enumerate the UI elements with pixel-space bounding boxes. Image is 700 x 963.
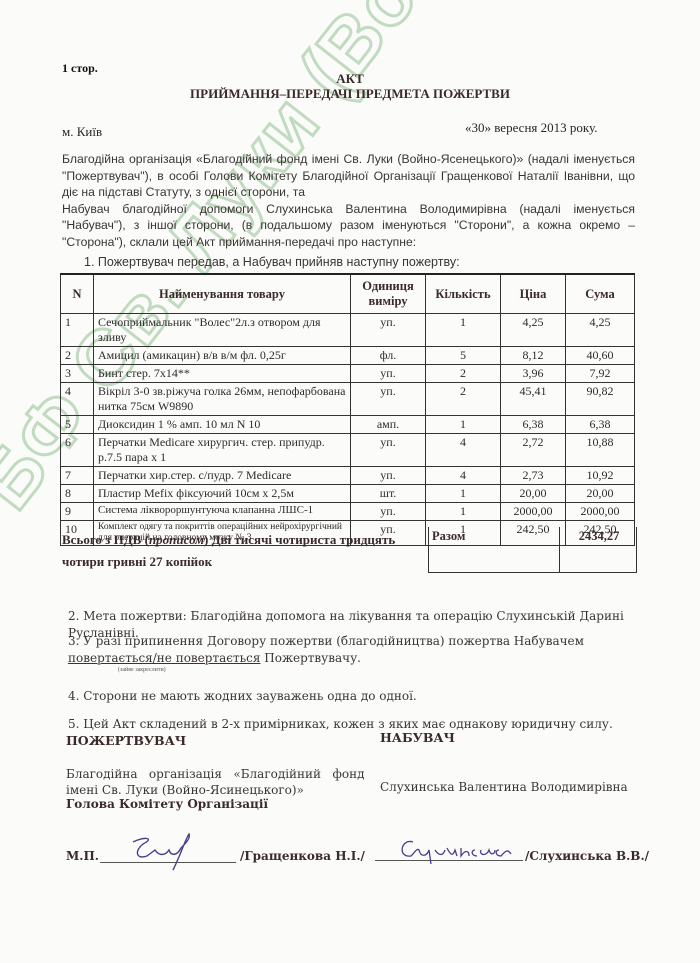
cell-price: 45,41	[501, 383, 566, 416]
total-label: Разом	[432, 529, 465, 544]
cell-n: 3	[61, 365, 94, 383]
cell-qty: 5	[426, 347, 501, 365]
goods-table: N Найменування товару Одиниця виміру Кіл…	[60, 273, 635, 546]
table-row: 5Диоксидин 1 % амп. 10 мл N 10амп.16,386…	[61, 416, 635, 434]
cell-sum: 90,82	[566, 383, 635, 416]
cell-name: Бинт стер. 7х14**	[94, 365, 351, 383]
cell-sum: 2000,00	[566, 503, 635, 521]
cell-n: 9	[61, 503, 94, 521]
document-date: «30» вересня 2013 року.	[465, 120, 597, 136]
cell-qty: 4	[426, 434, 501, 467]
cell-qty: 2	[426, 365, 501, 383]
table-row: 8Пластир Mefix фіксуючий 10см х 2,5мшт.1…	[61, 485, 635, 503]
cell-sum: 4,25	[566, 314, 635, 347]
cell-sum: 10,88	[566, 434, 635, 467]
cell-sum: 7,92	[566, 365, 635, 383]
cell-unit: уп.	[351, 467, 426, 485]
return-option: повертається/не повертається	[68, 651, 260, 665]
table-row: 4Вікріл 3-0 зв.ріжуча голка 26мм, непофа…	[61, 383, 635, 416]
cell-sum: 6,38	[566, 416, 635, 434]
cell-price: 3,96	[501, 365, 566, 383]
cell-qty: 2	[426, 383, 501, 416]
table-row: 2Амицил (амикацин) в/в в/м фл. 0,25гфл.5…	[61, 347, 635, 365]
cell-unit: уп.	[351, 383, 426, 416]
strike-note: (зайве закреслити)	[118, 667, 166, 673]
cell-sum: 40,60	[566, 347, 635, 365]
total-value: 2434,27	[564, 529, 634, 544]
cell-qty: 1	[426, 485, 501, 503]
recipient-signature-name: /Слухинська В.В./	[525, 849, 649, 863]
cell-unit: уп.	[351, 434, 426, 467]
recipient-heading: НАБУВАЧ	[380, 730, 455, 745]
section-4: 4. Сторони не мають жодних зауважень одн…	[68, 688, 417, 705]
cell-price: 8,12	[501, 347, 566, 365]
section-3: 3. У разі припинення Договору пожертви (…	[68, 633, 638, 666]
intro-donor: Благодійна організація «Благодійний фонд…	[62, 151, 635, 201]
cell-n: 5	[61, 416, 94, 434]
cell-name: Амицил (амикацин) в/в в/м фл. 0,25г	[94, 347, 351, 365]
donor-organization: Благодійна організація «Благодійний фонд…	[66, 766, 366, 798]
total-in-words: Всього з ПДВ (прописом) Дві тисячі чотир…	[62, 529, 407, 573]
cell-unit: фл.	[351, 347, 426, 365]
donor-signature-name: /Гращенкова Н.І./	[240, 849, 365, 863]
cell-name: Диоксидин 1 % амп. 10 мл N 10	[94, 416, 351, 434]
cell-qty: 1	[426, 416, 501, 434]
donor-role: Голова Комітету Організації	[66, 797, 268, 811]
cell-unit: уп.	[351, 503, 426, 521]
cell-unit: амп.	[351, 416, 426, 434]
document-title: АКТ	[0, 71, 700, 87]
cell-name: Вікріл 3-0 зв.ріжуча голка 26мм, непофар…	[94, 383, 351, 416]
section-1: 1. Пожертвувач передав, а Набувач прийня…	[84, 255, 460, 269]
table-row: 1Сечоприймальник "Волес"2л.з отвором для…	[61, 314, 635, 347]
table-row: 6Перчатки Medicare хирургич. стер. припу…	[61, 434, 635, 467]
total-box: Разом 2434,27	[428, 527, 637, 573]
cell-sum: 20,00	[566, 485, 635, 503]
cell-price: 2,73	[501, 467, 566, 485]
header-qty: Кількість	[426, 274, 501, 314]
section-5: 5. Цей Акт складений в 2-х примірниках, …	[68, 716, 613, 733]
cell-price: 2000,00	[501, 503, 566, 521]
cell-name: Перчатки хир.стер. с/пудр. 7 Medicare	[94, 467, 351, 485]
table-row: 3Бинт стер. 7х14**уп.23,967,92	[61, 365, 635, 383]
header-unit: Одиниця виміру	[351, 274, 426, 314]
cell-unit: шт.	[351, 485, 426, 503]
table-header-row: N Найменування товару Одиниця виміру Кіл…	[61, 274, 635, 314]
cell-name: Система ліквороршунтуюча клапанна ЛШС-1	[94, 503, 351, 521]
stamp-label: М.П.	[66, 849, 99, 863]
donor-heading: ПОЖЕРТВУВАЧ	[66, 733, 186, 748]
cell-n: 7	[61, 467, 94, 485]
recipient-signature-icon	[395, 828, 525, 873]
cell-price: 20,00	[501, 485, 566, 503]
cell-n: 6	[61, 434, 94, 467]
cell-n: 1	[61, 314, 94, 347]
cell-price: 2,72	[501, 434, 566, 467]
table-row: 7Перчатки хир.стер. с/пудр. 7 Medicareуп…	[61, 467, 635, 485]
cell-n: 4	[61, 383, 94, 416]
table-row: 9Система ліквороршунтуюча клапанна ЛШС-1…	[61, 503, 635, 521]
document-subtitle: ПРИЙМАННЯ–ПЕРЕДАЧІ ПРЕДМЕТА ПОЖЕРТВИ	[0, 86, 700, 102]
header-n: N	[61, 274, 94, 314]
cell-name: Сечоприймальник "Волес"2л.з отвором для …	[94, 314, 351, 347]
cell-name: Перчатки Medicare хирургич. стер. припуд…	[94, 434, 351, 467]
cell-n: 2	[61, 347, 94, 365]
cell-price: 6,38	[501, 416, 566, 434]
cell-price: 4,25	[501, 314, 566, 347]
cell-n: 8	[61, 485, 94, 503]
cell-qty: 1	[426, 314, 501, 347]
header-sum: Сума	[566, 274, 635, 314]
intro-recipient: Набувач благодійної допомоги Слухинська …	[62, 201, 635, 251]
cell-qty: 1	[426, 503, 501, 521]
cell-sum: 10,92	[566, 467, 635, 485]
header-price: Ціна	[501, 274, 566, 314]
cell-unit: уп.	[351, 314, 426, 347]
cell-qty: 4	[426, 467, 501, 485]
city: м. Київ	[62, 124, 102, 140]
header-name: Найменування товару	[94, 274, 351, 314]
cell-unit: уп.	[351, 365, 426, 383]
donor-signature-icon	[125, 830, 205, 875]
recipient-name: Слухинська Валентина Володимирівна	[380, 780, 628, 794]
cell-name: Пластир Mefix фіксуючий 10см х 2,5м	[94, 485, 351, 503]
intro-paragraph: Благодійна організація «Благодійний фонд…	[62, 151, 635, 251]
